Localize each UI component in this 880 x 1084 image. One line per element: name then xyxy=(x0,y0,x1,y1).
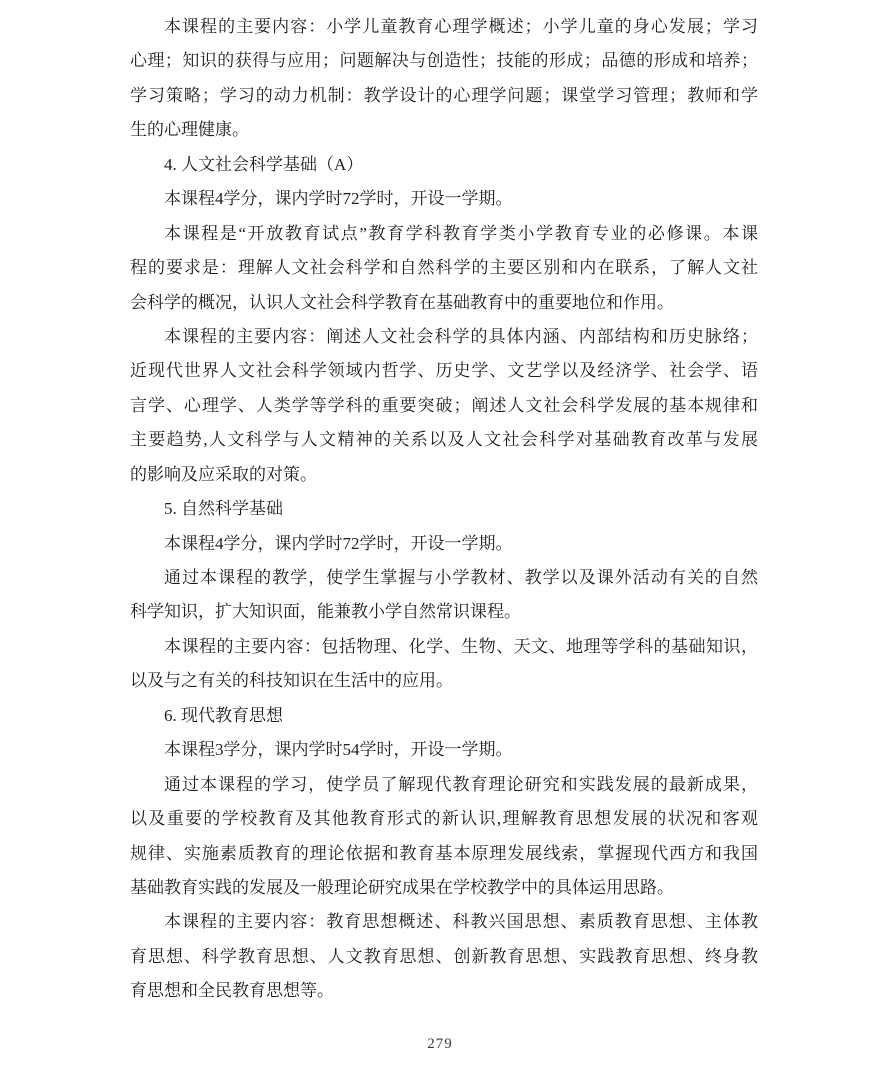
text-line: 本课程4学分，课内学时72学时，开设一学期。 xyxy=(130,527,758,561)
text-block: 本课程的主要内容：小学儿童教育心理学概述；小学儿童的身心发展；学习 心理；知识的… xyxy=(130,10,758,1009)
text-line: 会科学的概况，认识人文社会科学教育在基础教育中的重要地位和作用。 xyxy=(130,286,758,320)
text-line: 科学知识，扩大知识面，能兼教小学自然常识课程。 xyxy=(130,595,758,629)
text-line: 通过本课程的学习，使学员了解现代教育理论研究和实践发展的最新成果， xyxy=(130,768,758,802)
section-heading: 5. 自然科学基础 xyxy=(130,492,758,526)
text-line: 以及重要的学校教育及其他教育形式的新认识,理解教育思想发展的状况和客观 xyxy=(130,802,758,836)
text-line: 的影响及应采取的对策。 xyxy=(130,458,758,492)
text-line: 本课程3学分，课内学时54学时，开设一学期。 xyxy=(130,733,758,767)
text-line: 规律、实施素质教育的理论依据和教育基本原理发展线索，掌握现代西方和我国 xyxy=(130,837,758,871)
text-line: 以及与之有关的科技知识在生活中的应用。 xyxy=(130,664,758,698)
text-line: 本课程的主要内容：小学儿童教育心理学概述；小学儿童的身心发展；学习 xyxy=(130,10,758,44)
text-line: 生的心理健康。 xyxy=(130,113,758,147)
text-line: 本课程的主要内容：教育思想概述、科教兴国思想、素质教育思想、主体教 xyxy=(130,905,758,939)
text-line: 程的要求是：理解人文社会科学和自然科学的主要区别和内在联系，了解人文社 xyxy=(130,251,758,285)
text-line: 心理；知识的获得与应用；问题解决与创造性；技能的形成；品德的形成和培养； xyxy=(130,44,758,78)
text-line: 通过本课程的教学，使学生掌握与小学教材、教学以及课外活动有关的自然 xyxy=(130,561,758,595)
section-heading: 6. 现代教育思想 xyxy=(130,699,758,733)
page-number: 279 xyxy=(0,1036,880,1053)
text-line: 基础教育实践的发展及一般理论研究成果在学校教学中的具体运用思路。 xyxy=(130,871,758,905)
text-line: 育思想和全民教育思想等。 xyxy=(130,974,758,1008)
text-line: 育思想、科学教育思想、人文教育思想、创新教育思想、实践教育思想、终身教 xyxy=(130,940,758,974)
text-line: 本课程4学分，课内学时72学时，开设一学期。 xyxy=(130,182,758,216)
text-line: 本课程是“开放教育试点”教育学科教育学类小学教育专业的必修课。本课 xyxy=(130,217,758,251)
text-line: 本课程的主要内容：阐述人文社会科学的具体内涵、内部结构和历史脉络； xyxy=(130,320,758,354)
text-line: 近现代世界人文社会科学领域内哲学、历史学、文艺学以及经济学、社会学、语 xyxy=(130,354,758,388)
document-page: 本课程的主要内容：小学儿童教育心理学概述；小学儿童的身心发展；学习 心理；知识的… xyxy=(0,0,880,1084)
text-line: 学习策略；学习的动力机制：教学设计的心理学问题；课堂学习管理；教师和学 xyxy=(130,79,758,113)
text-line: 本课程的主要内容：包括物理、化学、生物、天文、地理等学科的基础知识， xyxy=(130,630,758,664)
section-heading: 4. 人文社会科学基础（A） xyxy=(130,148,758,182)
text-line: 主要趋势,人文科学与人文精神的关系以及人文社会科学对基础教育改革与发展 xyxy=(130,423,758,457)
text-line: 言学、心理学、人类学等学科的重要突破；阐述人文社会科学发展的基本规律和 xyxy=(130,389,758,423)
